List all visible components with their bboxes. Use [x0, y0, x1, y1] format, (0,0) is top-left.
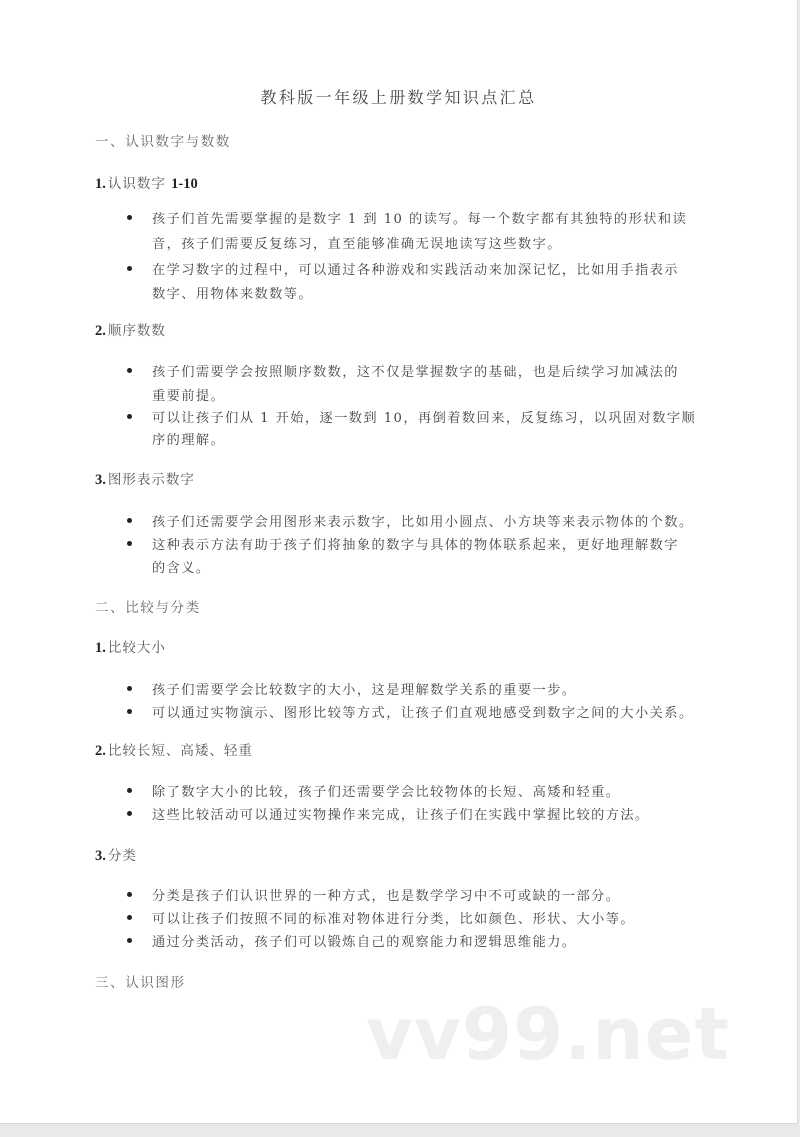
bullet-text-line: 这些比较活动可以通过实物操作来完成，让孩子们在实践中掌握比较的方法。 [152, 804, 650, 823]
subsection-number: 2. [95, 743, 106, 759]
subsection-title: 顺序数数 [108, 323, 166, 339]
bullet-icon [127, 938, 132, 943]
bullet-icon [127, 368, 132, 373]
bullet-icon [127, 686, 132, 691]
subsection-title: 图形表示数字 [108, 472, 195, 488]
bullet-text-line: 音，孩子们需要反复练习，直至能够准确无误地读写这些数字。 [152, 233, 562, 252]
bullet-text-line: 孩子们首先需要掌握的是数字 1 到 10 的读写。每一个数字都有其独特的形状和读 [152, 208, 687, 227]
bullet-text-line: 分类是孩子们认识世界的一种方式，也是数学学习中不可或缺的一部分。 [152, 885, 620, 904]
bullet-icon [127, 414, 132, 419]
subsection-title: 分类 [108, 848, 137, 864]
section-heading-1: 一、认识数字与数数 [95, 130, 231, 150]
subsection-number: 1. [95, 176, 106, 192]
bullet-text-line: 可以通过实物演示、图形比较等方式，让孩子们直观地感受到数字之间的大小关系。 [152, 702, 694, 721]
bullet-text-line: 孩子们还需要学会用图形来表示数字，比如用小圆点、小方块等来表示物体的个数。 [152, 511, 694, 530]
subsection-heading-1-3: 3.图形表示数字 [95, 468, 195, 489]
section-heading-2: 二、比较与分类 [95, 596, 201, 616]
document-page: 教科版一年级上册数学知识点汇总 一、认识数字与数数 1.认识数字 1-10 孩子… [0, 0, 798, 1124]
subsection-number: 3. [95, 472, 106, 488]
bullet-text-line: 孩子们需要学会比较数字的大小，这是理解数学关系的重要一步。 [152, 679, 577, 698]
bullet-text-line: 数字、用物体来数数等。 [152, 283, 313, 302]
bullet-text-line: 除了数字大小的比较，孩子们还需要学会比较物体的长短、高矮和轻重。 [152, 781, 620, 800]
bullet-icon [127, 541, 132, 546]
bullet-icon [127, 788, 132, 793]
subsection-heading-1-1: 1.认识数字 1-10 [95, 172, 198, 193]
bullet-text-line: 的含义。 [152, 557, 211, 576]
subsection-heading-2-3: 3.分类 [95, 844, 137, 865]
subsection-number: 1. [95, 640, 106, 656]
bullet-text-line: 在学习数字的过程中，可以通过各种游戏和实践活动来加深记忆，比如用手指表示 [152, 259, 679, 278]
bullet-icon [127, 709, 132, 714]
section-heading-3: 三、认识图形 [95, 971, 186, 991]
watermark: vv99.net [366, 992, 730, 1076]
subsection-heading-2-1: 1.比较大小 [95, 636, 166, 657]
bullet-text-line: 通过分类活动，孩子们可以锻炼自己的观察能力和逻辑思维能力。 [152, 931, 577, 950]
subsection-title-bold: 1-10 [171, 176, 198, 192]
subsection-heading-2-2: 2.比较长短、高矮、轻重 [95, 739, 253, 760]
subsection-title: 比较长短、高矮、轻重 [108, 743, 253, 759]
bullet-text-line: 孩子们需要学会按照顺序数数，这不仅是掌握数字的基础，也是后续学习加减法的 [152, 361, 679, 380]
bullet-text-line: 序的理解。 [152, 429, 225, 448]
bullet-text-line: 重要前提。 [152, 385, 225, 404]
subsection-title: 比较大小 [108, 640, 166, 656]
bullet-icon [127, 892, 132, 897]
bullet-icon [127, 811, 132, 816]
subsection-number: 2. [95, 323, 106, 339]
bullet-text-line: 可以让孩子们按照不同的标准对物体进行分类，比如颜色、形状、大小等。 [152, 908, 635, 927]
bullet-icon [127, 915, 132, 920]
bullet-icon [127, 215, 132, 220]
document-title: 教科版一年级上册数学知识点汇总 [0, 85, 797, 108]
subsection-heading-1-2: 2.顺序数数 [95, 319, 166, 340]
subsection-number: 3. [95, 848, 106, 864]
bullet-icon [127, 518, 132, 523]
bullet-text-line: 可以让孩子们从 1 开始，逐一数到 10，再倒着数回来，反复练习，以巩固对数字顺 [152, 407, 696, 426]
subsection-title: 认识数字 [108, 176, 166, 192]
bullet-text-line: 这种表示方法有助于孩子们将抽象的数字与具体的物体联系起来，更好地理解数字 [152, 534, 679, 553]
bullet-icon [127, 266, 132, 271]
